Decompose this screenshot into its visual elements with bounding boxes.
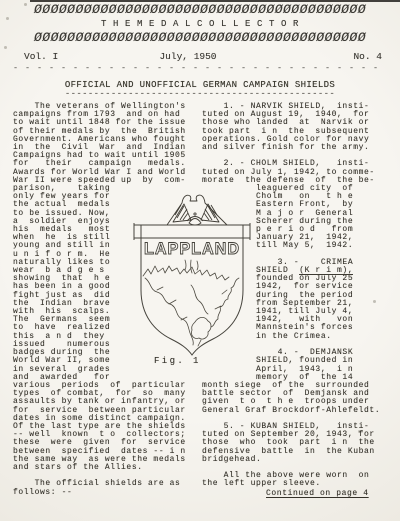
newsletter-page: ØØØØØØØØØØØØØØØØØØØØØØØØØØØØØØØØØØØØØØØØ… <box>0 0 400 521</box>
issue-date: July, 1950 <box>24 51 352 62</box>
issue-number: No. 4 <box>353 51 382 62</box>
shield-banner-text: LAPPLAND <box>144 239 240 258</box>
issue-info-row: Vol. I July, 1950 No. 4 <box>24 51 382 62</box>
ornament-row-top: ØØØØØØØØØØØØØØØØØØØØØØØØØØØØØØØØØØØØØØØØ <box>0 4 400 16</box>
continued-notice: Continued on page 4 <box>266 489 369 498</box>
separator-dashes: - - - - - - - - - - - - - - - - - - - - … <box>13 63 379 73</box>
ornament-row-bottom: ØØØØØØØØØØØØØØØØØØØØØØØØØØØØØØØØØØØØØØØØ <box>0 32 400 44</box>
newsletter-title: T H E M E D A L C O L L E C T O R <box>0 19 400 29</box>
figure-caption: Fig. 1 <box>154 356 201 366</box>
eagle-icon <box>167 195 227 225</box>
shield-banner <box>134 223 250 240</box>
lappland-shield-figure: LAPPLAND <box>131 190 253 360</box>
article-title-underline: ----------------------------------------… <box>0 89 400 99</box>
scan-speck <box>4 46 7 49</box>
map-outline <box>143 260 239 346</box>
krim-underline <box>299 274 353 275</box>
